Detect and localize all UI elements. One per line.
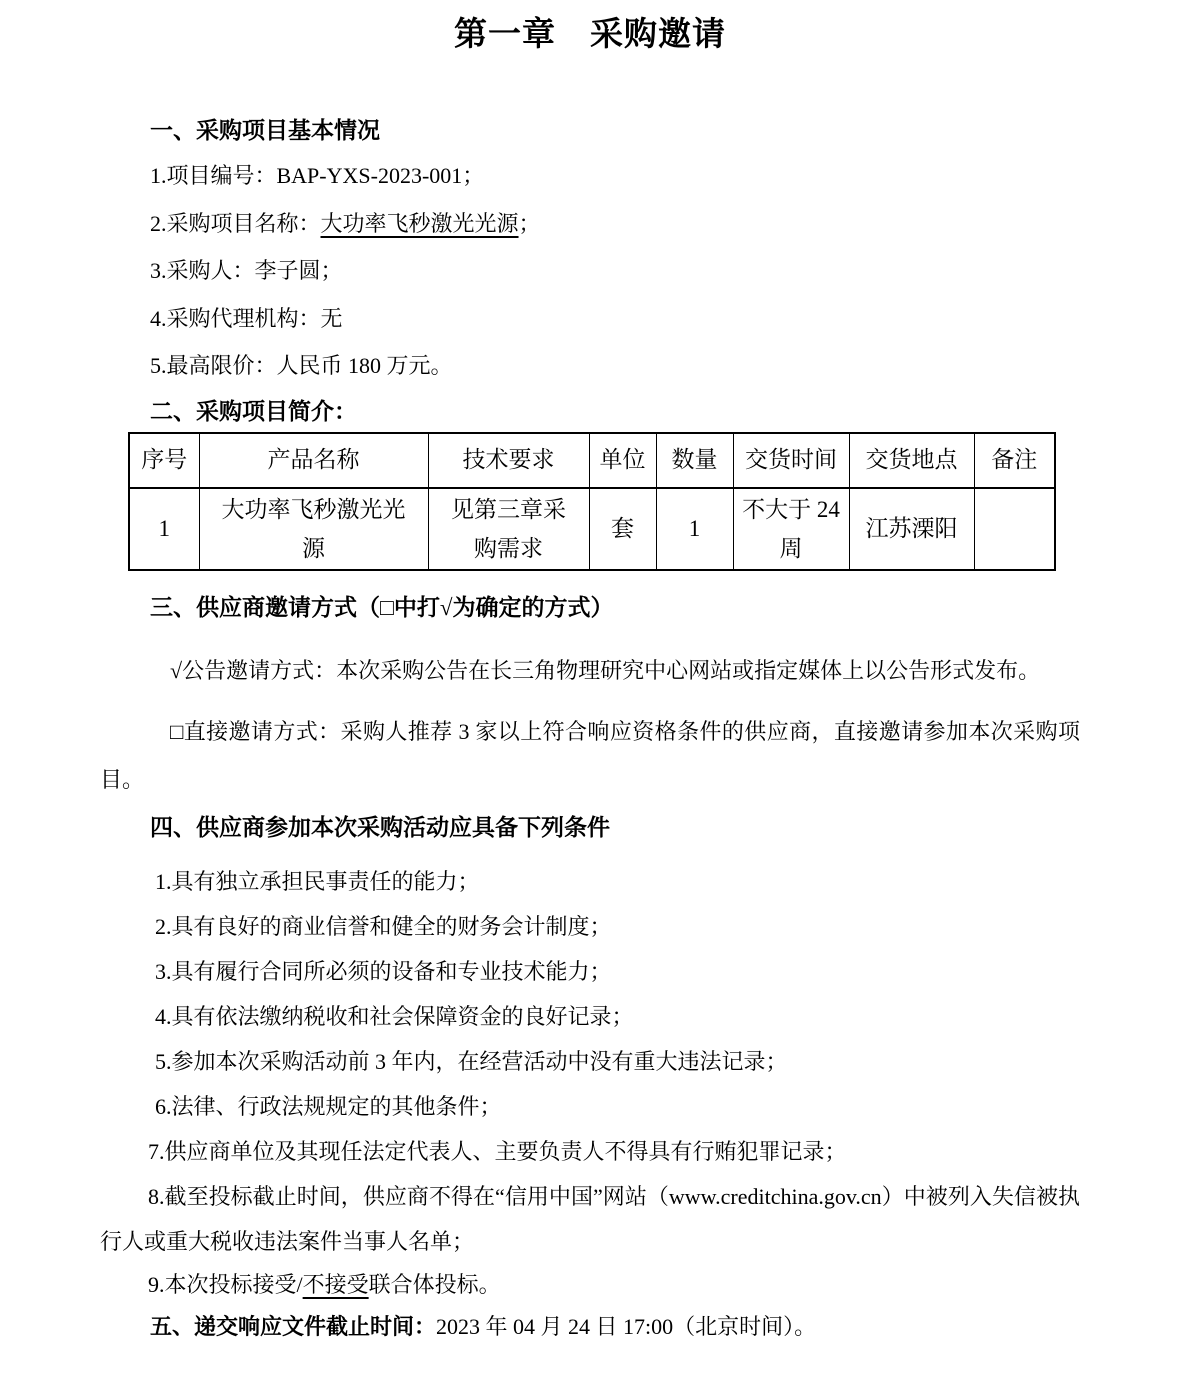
condition-item: 7.供应商单位及其现任法定代表人、主要负责人不得具有行贿犯罪记录； [100, 1129, 1080, 1174]
item9-underlined: 不接受 [303, 1272, 369, 1297]
document-page: 第一章 采购邀请 一、采购项目基本情况 1.项目编号：BAP-YXS-2023-… [0, 0, 1180, 1396]
col-header-delivery-time: 交货时间 [733, 433, 849, 488]
project-name-suffix: ； [519, 211, 541, 236]
col-header-product: 产品名称 [199, 433, 428, 488]
project-number-line: 1.项目编号：BAP-YXS-2023-001； [100, 152, 1080, 200]
section5-deadline-line: 五、递交响应文件截止时间：2023 年 04 月 24 日 17:00（北京时间… [100, 1306, 1080, 1348]
col-header-remark: 备注 [974, 433, 1055, 488]
cell-index: 1 [129, 488, 199, 570]
col-header-qty: 数量 [656, 433, 733, 488]
project-summary-table: 序号 产品名称 技术要求 单位 数量 交货时间 交货地点 备注 1 大功率飞秒激… [128, 432, 1056, 571]
project-name-line: 2.采购项目名称：大功率飞秒激光光源； [100, 200, 1080, 248]
condition-item: 1.具有独立承担民事责任的能力； [100, 859, 1080, 904]
item9-prefix: 9.本次投标接受/ [148, 1272, 303, 1297]
invitation-option-announce: √公告邀请方式：本次采购公告在长三角物理研究中心网站或指定媒体上以公告形式发布。 [100, 647, 1080, 695]
project-name-label: 2.采购项目名称： [150, 211, 321, 236]
page-title: 第一章 采购邀请 [100, 12, 1080, 58]
condition-item: 4.具有依法缴纳税收和社会保障资金的良好记录； [100, 994, 1080, 1039]
invitation-option-direct: □直接邀请方式：采购人推荐 3 家以上符合响应资格条件的供应商，直接邀请参加本次… [100, 708, 1080, 803]
condition-item: 8.截至投标截止时间，供应商不得在“信用中国”网站（www.creditchin… [100, 1174, 1080, 1264]
condition-item: 2.具有良好的商业信誉和健全的财务会计制度； [100, 904, 1080, 949]
table-row: 1 大功率飞秒激光光源 见第三章采购需求 套 1 不大于 24 周 江苏溧阳 [129, 488, 1055, 570]
cell-qty: 1 [656, 488, 733, 570]
condition-item: 6.法律、行政法规规定的其他条件； [100, 1084, 1080, 1129]
col-header-tech: 技术要求 [428, 433, 589, 488]
purchaser-line: 3.采购人：李子圆； [100, 247, 1080, 295]
item9-suffix: 联合体投标。 [369, 1272, 501, 1297]
condition-item: 3.具有履行合同所必须的设备和专业技术能力； [100, 949, 1080, 994]
price-limit-line: 5.最高限价：人民币 180 万元。 [100, 342, 1080, 390]
section2-heading: 二、采购项目简介： [100, 392, 1080, 432]
col-header-unit: 单位 [589, 433, 656, 488]
table-header-row: 序号 产品名称 技术要求 单位 数量 交货时间 交货地点 备注 [129, 433, 1055, 488]
condition-item: 5.参加本次采购活动前 3 年内，在经营活动中没有重大违法记录； [100, 1039, 1080, 1084]
cell-delivery-place: 江苏溧阳 [849, 488, 974, 570]
col-header-delivery-place: 交货地点 [849, 433, 974, 488]
cell-unit: 套 [589, 488, 656, 570]
cell-tech: 见第三章采购需求 [428, 488, 589, 570]
condition-item-9: 9.本次投标接受/不接受联合体投标。 [100, 1264, 1080, 1306]
section3-heading: 三、供应商邀请方式（□中打√为确定的方式） [100, 587, 1080, 629]
project-name-value: 大功率飞秒激光光源 [321, 211, 519, 236]
deadline-label: 五、递交响应文件截止时间： [150, 1314, 436, 1339]
cell-remark [974, 488, 1055, 570]
col-header-index: 序号 [129, 433, 199, 488]
agency-line: 4.采购代理机构：无 [100, 295, 1080, 343]
section4-heading: 四、供应商参加本次采购活动应具备下列条件 [100, 807, 1080, 849]
deadline-value: 2023 年 04 月 24 日 17:00（北京时间）。 [436, 1314, 816, 1339]
cell-product: 大功率飞秒激光光源 [199, 488, 428, 570]
cell-delivery-time: 不大于 24 周 [733, 488, 849, 570]
section1-heading: 一、采购项目基本情况 [100, 110, 1080, 152]
